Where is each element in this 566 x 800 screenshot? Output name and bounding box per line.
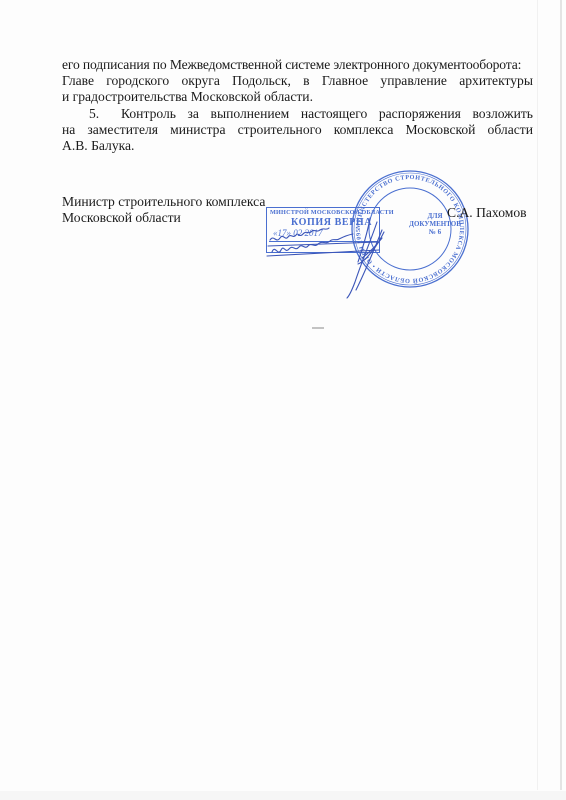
document-body: его подписания по Межведомственной систе…: [62, 57, 533, 154]
item-number: 5.: [89, 106, 121, 122]
item-5-line-1: 5.Контроль за выполнением настоящего рас…: [62, 106, 533, 122]
scan-right-edge: [560, 0, 562, 790]
item-5-line-3: А.В. Балука.: [62, 138, 533, 154]
body-line-3: и градостроительства Московской области.: [62, 89, 533, 105]
item-5-line-2: на заместителя министра строительного ко…: [62, 122, 533, 138]
scan-bottom-edge: [0, 791, 566, 800]
scan-inner-edge: [537, 0, 538, 790]
signer-name: С.А. Пахомов: [447, 205, 527, 221]
handwritten-signature-icon: [262, 200, 422, 300]
scan-artifact: [312, 327, 324, 329]
body-line-1: его подписания по Межведомственной систе…: [62, 57, 533, 73]
body-line-2: Главе городского округа Подольск, в Глав…: [62, 73, 533, 89]
item-5-text-1: Контроль за выполнением настоящего распо…: [121, 106, 533, 121]
